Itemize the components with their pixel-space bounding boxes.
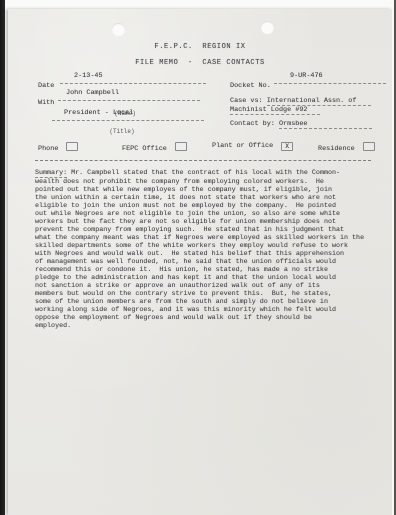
summary-text: wealth does not prohibit the company fro…	[35, 178, 377, 330]
memo-title: FILE MEMO - CASE CONTACTS	[8, 59, 392, 67]
with-label: With	[38, 99, 54, 107]
summary-label: Summary:	[35, 169, 67, 178]
contact-by-row: Contact by: Ormsbee	[230, 120, 372, 129]
hole-punch-right	[261, 21, 274, 34]
summary-first-rest: Mr. Campbell stated that the contract of…	[67, 169, 340, 177]
date-label: Date	[38, 82, 54, 90]
scanner-edge-left	[0, 0, 5, 515]
contact-by-label: Contact by:	[230, 120, 279, 128]
date-value: 2-13-45	[60, 72, 206, 84]
docket-value: 9-UR-476	[274, 72, 386, 84]
checkbox-plant-or-office: X	[281, 142, 293, 151]
checkbox-label: Residence	[318, 145, 355, 153]
checkbox-label: Plant or Office	[212, 142, 273, 150]
checkbox-label: Phone	[38, 145, 58, 153]
checkbox-fepc-office	[175, 142, 187, 151]
summary-first-line: Summary: Mr. Campbell stated that the co…	[35, 169, 377, 178]
case-vs-value-1: International Assn. of	[267, 97, 371, 106]
checkbox-item-fepc-office: FEPC Office	[122, 142, 187, 153]
dashed-separator	[35, 160, 371, 161]
scanned-document-page: F.E.P.C. REGION IX FILE MEMO - CASE CONT…	[0, 0, 396, 515]
memo-paper: F.E.P.C. REGION IX FILE MEMO - CASE CONT…	[8, 9, 392, 515]
case-vs-line2: Machinist Lodge #92	[230, 106, 320, 115]
title-caption: (Title)	[52, 128, 192, 135]
case-vs-value-2: Machinist Lodge #92	[230, 106, 320, 115]
checkbox-item-plant-or-office: Plant or OfficeX	[212, 142, 293, 151]
title-value: President - Local	[52, 109, 204, 121]
checkbox-label: FEPC Office	[122, 145, 167, 153]
case-vs-label: Case vs:	[230, 97, 267, 105]
checkbox-residence	[363, 142, 375, 151]
case-vs-line1: Case vs: International Assn. of	[230, 97, 371, 106]
docket-label: Docket No.	[230, 82, 271, 90]
with-name-value: John Campbell	[58, 89, 200, 101]
checkbox-item-phone: Phone	[38, 142, 78, 153]
contact-by-value: Ormsbee	[279, 120, 372, 129]
hole-punch-left	[112, 23, 125, 36]
checkbox-item-residence: Residence	[318, 142, 375, 153]
checkbox-phone	[66, 142, 78, 151]
agency-heading: F.E.P.C. REGION IX	[8, 43, 392, 51]
summary-section: Summary: Mr. Campbell stated that the co…	[35, 169, 377, 330]
